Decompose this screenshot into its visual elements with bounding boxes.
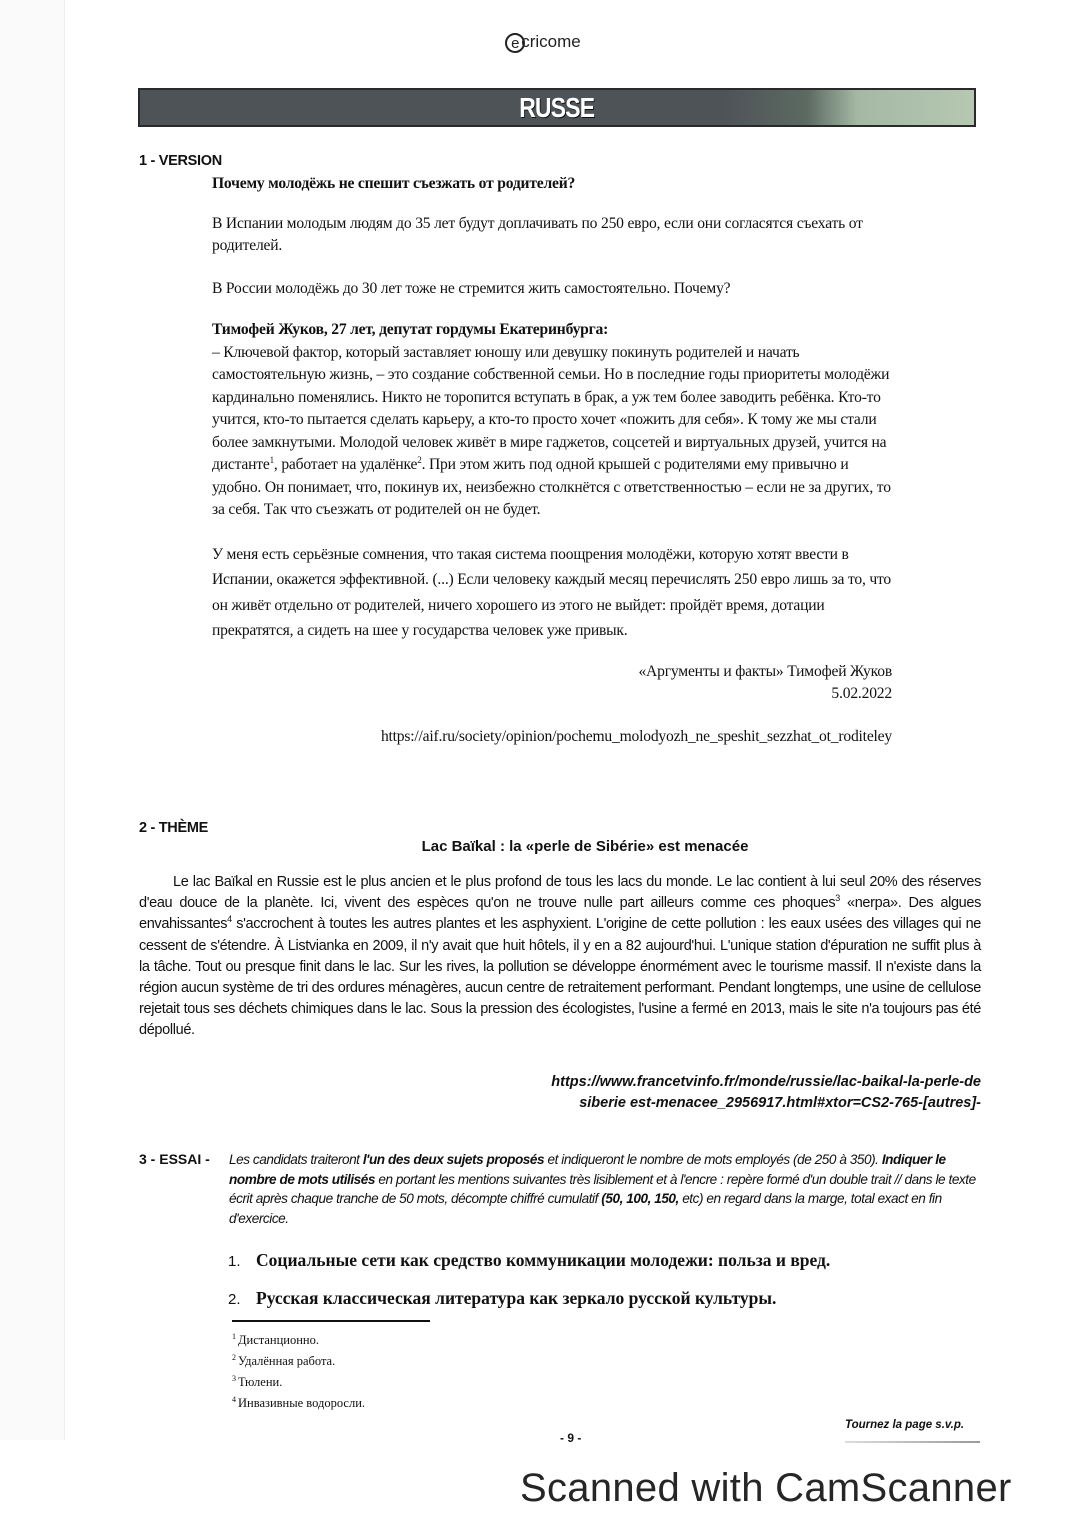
- theme-url-line-1: https://www.francetvinfo.fr/monde/russie…: [139, 1072, 981, 1093]
- instr-text: et indiqueront le nombre de mots employé…: [544, 1152, 882, 1167]
- theme-text: Le lac Baïkal en Russie est le plus anci…: [139, 872, 981, 1042]
- section-label-essai: 3 - ESSAI -: [139, 1151, 210, 1167]
- theme-url-line-2: siberie est-menacee_2956917.html#xtor=CS…: [139, 1093, 981, 1114]
- section-label-version: 1 - VERSION: [139, 153, 222, 169]
- version-source: «Аргументы и факты» Тимофей Жуков: [212, 661, 892, 684]
- footnote-text: Удалённая работа.: [238, 1354, 335, 1368]
- topic-text: Русская классическая литература как зерк…: [256, 1288, 776, 1308]
- topic-number: 1.: [228, 1244, 256, 1280]
- version-quote: – Ключевой фактор, который заставляет юн…: [212, 342, 892, 522]
- theme-source-url: https://www.francetvinfo.fr/monde/russie…: [139, 1072, 981, 1114]
- subject-title: RUSSE: [519, 92, 594, 124]
- essay-topics-list: 1.Социальные сети как средство коммуника…: [228, 1242, 830, 1318]
- footnote-divider: [232, 1320, 430, 1322]
- topic-number: 2.: [228, 1282, 256, 1318]
- footnote: 4Инвазивные водоросли.: [232, 1393, 365, 1414]
- instr-emphasis: l'un des deux sujets proposés: [363, 1152, 544, 1167]
- version-paragraph-1: В Испании молодым людям до 35 лет будут …: [212, 213, 892, 258]
- footnote: 3Тюлени.: [232, 1372, 365, 1393]
- footnote-mark: 1: [232, 1332, 236, 1341]
- quote-part-2: , работает на удалёнке: [274, 456, 417, 473]
- instr-emphasis: (50, 100, 150,: [601, 1191, 679, 1206]
- footnote-text: Тюлени.: [238, 1375, 282, 1389]
- footnote-mark: 2: [232, 1353, 236, 1362]
- subject-title-bar: RUSSE: [138, 88, 976, 127]
- topic-text: Социальные сети как средство коммуникаци…: [256, 1250, 830, 1270]
- version-paragraph-2: В России молодёжь до 30 лет тоже не стре…: [212, 278, 892, 301]
- turn-page-rule: [845, 1441, 980, 1443]
- footnotes: 1Дистанционно. 2Удалённая работа. 3Тюлен…: [232, 1330, 365, 1414]
- version-speaker: Тимофей Жуков, 27 лет, депутат гордумы Е…: [212, 319, 892, 342]
- turn-page-note: Tournez la page s.v.p.: [845, 1419, 964, 1431]
- ecricome-logo: ecricome: [0, 32, 1086, 53]
- logo-text: cricome: [521, 32, 581, 51]
- footnote-mark: 3: [232, 1374, 236, 1383]
- footnote-text: Дистанционно.: [238, 1333, 319, 1347]
- footnote: 1Дистанционно.: [232, 1330, 365, 1351]
- essay-topic: 1.Социальные сети как средство коммуника…: [228, 1242, 830, 1280]
- footnote: 2Удалённая работа.: [232, 1351, 365, 1372]
- footnote-text: Инвазивные водоросли.: [238, 1396, 365, 1410]
- version-title: Почему молодёжь не спешит съезжать от ро…: [212, 173, 892, 196]
- theme-text-part-3: s'accrochent à toutes les autres plantes…: [139, 916, 981, 1038]
- version-paragraph-final: У меня есть серьёзные сомнения, что така…: [212, 542, 892, 644]
- essay-topic: 2.Русская классическая литература как зе…: [228, 1280, 830, 1318]
- quote-part-1: – Ключевой фактор, который заставляет юн…: [212, 344, 889, 474]
- footnote-mark: 4: [232, 1395, 236, 1404]
- camscanner-watermark: Scanned with CamScanner: [520, 1466, 1012, 1511]
- version-article: Почему молодёжь не спешит съезжать от ро…: [212, 173, 892, 748]
- page-number: - 9 -: [560, 1431, 581, 1445]
- section-label-theme: 2 - THÈME: [139, 820, 208, 836]
- scan-page-edge: [0, 0, 65, 1440]
- essai-instructions: Les candidats traiteront l'un des deux s…: [229, 1150, 981, 1228]
- version-date: 5.02.2022: [212, 683, 892, 706]
- instr-text: Les candidats traiteront: [229, 1152, 363, 1167]
- version-source-url: https://aif.ru/society/opinion/pochemu_m…: [212, 726, 892, 749]
- theme-title: Lac Baïkal : la «perle de Sibérie» est m…: [139, 838, 981, 855]
